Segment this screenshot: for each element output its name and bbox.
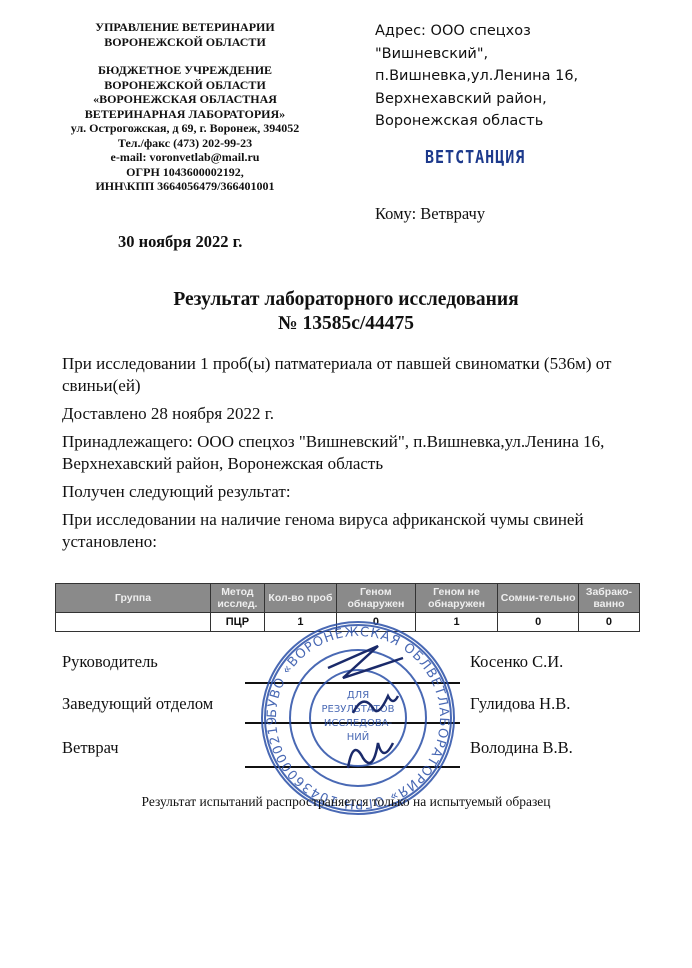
footer-note: Результат испытаний распространяется тол… [0,794,692,810]
test-description: При исследовании на наличие генома вирус… [62,509,622,553]
col-doubtful: Сомни-тельно [498,584,579,613]
signer-name: Гулидова Н.В. [470,694,570,714]
col-count: Кол-во проб [264,584,336,613]
signer-role: Ветврач [62,738,119,757]
document-date: 30 ноября 2022 г. [118,232,242,252]
col-group: Группа [56,584,211,613]
result-intro: Получен следующий результат: [62,481,622,503]
org-line: ВЕТЕРИНАРНАЯ ЛАБОРАТОРИЯ» [40,107,330,122]
dept-line: УПРАВЛЕНИЕ ВЕТЕРИНАРИИ [40,20,330,35]
col-method: Метод исслед. [211,584,265,613]
table-header-row: Группа Метод исслед. Кол-во проб Геном о… [56,584,640,613]
svg-text:ДЛЯ: ДЛЯ [347,690,369,701]
col-detected: Геном обнаружен [337,584,416,613]
lab-address: ул. Острогожская, д 69, г. Воронеж, 3940… [40,121,330,136]
title-line: Результат лабораторного исследования [0,288,692,312]
org-line: БЮДЖЕТНОЕ УЧРЕЖДЕНИЕ [40,63,330,78]
document-title: Результат лабораторного исследования № 1… [0,288,692,336]
address-line: п.Вишневка,ул.Ленина 16, [375,65,675,88]
org-line: ВОРОНЕЖСКОЙ ОБЛАСТИ [40,78,330,93]
cell-method: ПЦР [211,613,265,632]
address-line: Воронежская область [375,110,675,133]
lab-seal-icon: БУВО «ВОРОНЕЖСКАЯ ОБЛВЕТЛАБОРАТОРИЯ» ОГР… [258,618,458,818]
lab-letterhead: УПРАВЛЕНИЕ ВЕТЕРИНАРИИ ВОРОНЕЖСКОЙ ОБЛАС… [40,20,330,194]
signer-role: Заведующий отделом [62,694,213,713]
lab-ogrn: ОГРН 1043600002192, [40,165,330,180]
document-body: При исследовании 1 проб(ы) патматериала … [62,353,622,559]
cell-doubtful: 0 [498,613,579,632]
cell-group [56,613,211,632]
sample-description: При исследовании 1 проб(ы) патматериала … [62,353,622,397]
signer-name: Володина В.В. [470,738,573,758]
lab-phone: Тел./факс (473) 202-99-23 [40,136,330,151]
col-not-detected: Геном не обнаружен [415,584,498,613]
svg-text:НИЙ: НИЙ [347,730,369,743]
recipient-to: Кому: Ветврачу [375,204,485,224]
lab-inn: ИНН\КПП 3664056479/366401001 [40,179,330,194]
address-line: "Вишневский", [375,43,675,66]
lab-email: e-mail: voronvetlab@mail.ru [40,150,330,165]
signer-name: Косенко С.И. [470,652,563,672]
address-line: Верхнехавский район, [375,88,675,111]
owner: Принадлежащего: ООО спецхоз "Вишневский"… [62,431,622,475]
signer-role: Руководитель [62,652,158,671]
vetstation-stamp: ВЕТСТАНЦИЯ [425,146,525,168]
delivery-date: Доставлено 28 ноября 2022 г. [62,403,622,425]
address-line: Адрес: ООО спецхоз [375,20,675,43]
cell-rejected: 0 [578,613,639,632]
svg-text:ИССЛЕДОВА-: ИССЛЕДОВА- [324,718,393,729]
recipient-address: Адрес: ООО спецхоз "Вишневский", п.Вишне… [375,20,675,133]
col-rejected: Забрако-ванно [578,584,639,613]
document-number: № 13585с/44475 [0,312,692,336]
org-line: «ВОРОНЕЖСКАЯ ОБЛАСТНАЯ [40,92,330,107]
dept-line: ВОРОНЕЖСКОЙ ОБЛАСТИ [40,35,330,50]
